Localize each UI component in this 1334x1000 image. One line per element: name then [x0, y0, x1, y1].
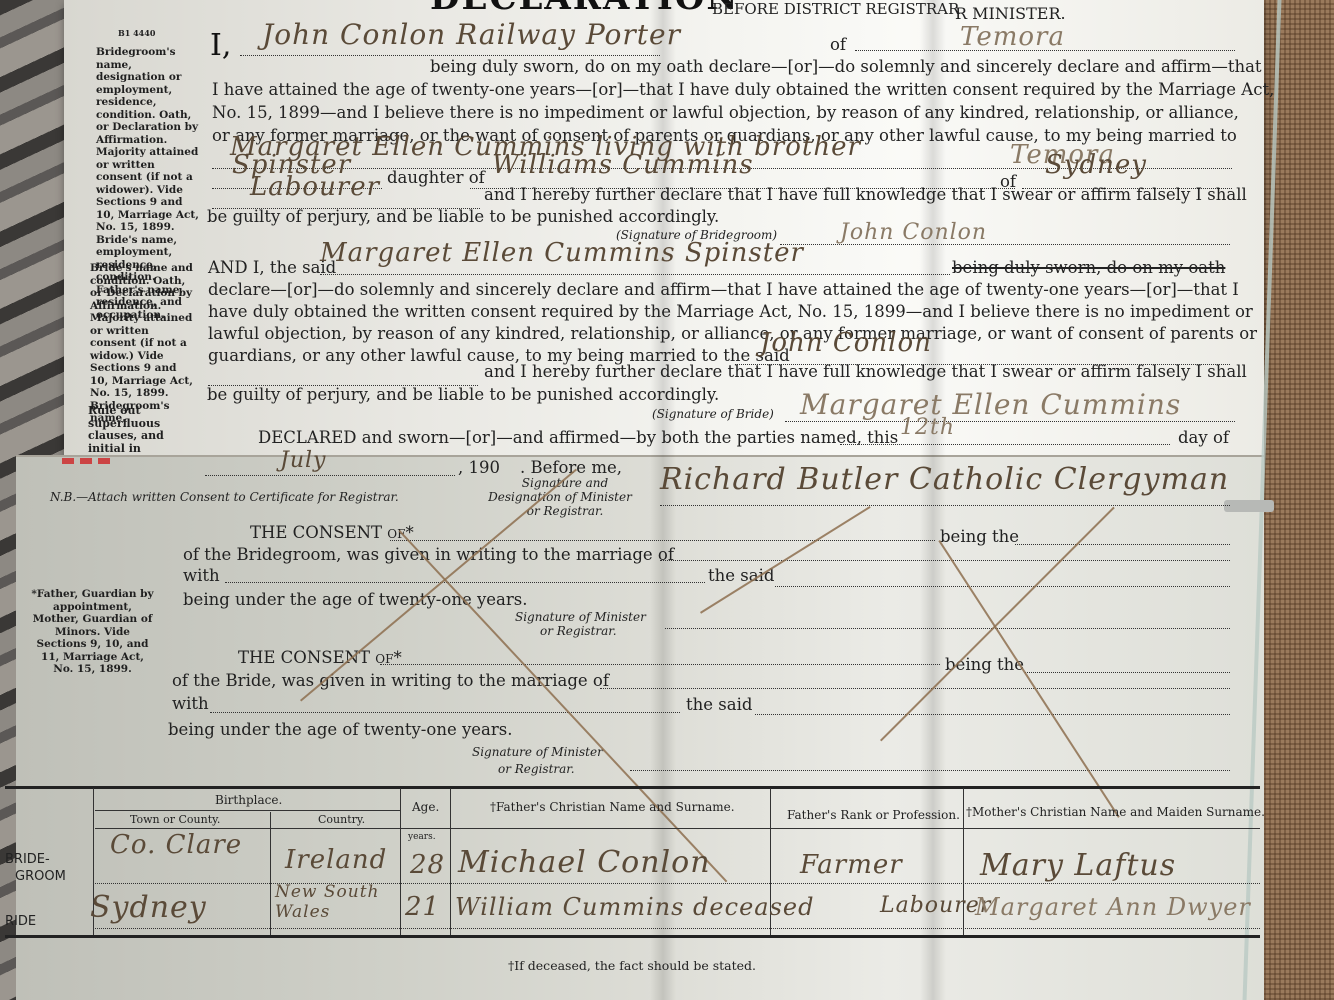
father-residence: Sydney	[1045, 150, 1147, 180]
bride-line4: have duly obtained the written consent r…	[208, 302, 1253, 321]
consent-bride-under-age: being under the age of twenty-one years.	[168, 720, 512, 739]
father-occupation: Labourer	[250, 172, 380, 202]
header-age: Age.	[412, 800, 439, 814]
form-code: B1 4440	[118, 28, 155, 38]
red-stamp-mark	[62, 458, 110, 464]
consent-groom-under-age: being under the age of twenty-one years.	[183, 590, 527, 609]
bride-signature: Margaret Ellen Cummins	[800, 388, 1181, 421]
cell-father-name: Michael Conlon	[458, 845, 711, 880]
margin-note-consent: *Father, Guardian by appointment, Mother…	[30, 588, 155, 676]
header-mother-name: †Mother's Christian Name and Maiden Surn…	[966, 805, 1265, 819]
consent-bride-with: with	[172, 694, 209, 713]
document-subtitle-right: R MINISTER.	[955, 4, 1066, 23]
nb-note: N.B.—Attach written Consent to Certifica…	[50, 490, 399, 504]
consent-bride-label: THE CONSENT of*	[238, 648, 402, 667]
consent-groom-the-said: the said	[708, 566, 774, 585]
header-birthplace: Birthplace.	[215, 793, 282, 807]
minister-signature: Richard Butler Catholic Clergyman	[660, 462, 1229, 497]
declared-text: DECLARED and sworn—[or]—and affirmed—by …	[258, 428, 898, 447]
groom-name-occupation: John Conlon Railway Porter	[262, 18, 681, 51]
cell-country: New South Wales	[275, 882, 395, 922]
groom-residence: Temora	[960, 22, 1065, 52]
father-name: Williams Cummins	[492, 150, 754, 180]
consent-groom-being-the: being the	[940, 527, 1019, 546]
consent-groom-sig-label-1: Signature of Minister	[515, 610, 646, 624]
cell-father-rank: Farmer	[800, 850, 903, 880]
cell-age: 21	[405, 892, 440, 922]
cell-age: 28	[410, 850, 445, 880]
day-of-label: day of	[1178, 428, 1229, 447]
cell-mother-name: Margaret Ann Dwyer	[975, 893, 1251, 921]
age-unit: years.	[408, 832, 436, 842]
consent-bride-the-said: the said	[686, 695, 752, 714]
groom-perjury-line: be guilty of perjury, and be liable to b…	[207, 207, 719, 226]
cell-country: Ireland	[285, 845, 387, 875]
cell-town: Co. Clare	[110, 830, 242, 860]
header-father-rank: Father's Rank or Profession.	[787, 808, 960, 822]
declared-year: , 190	[458, 458, 500, 477]
minister-sig-label-2: Designation of Minister	[470, 490, 650, 504]
groom-line3: I have attained the age of twenty-one ye…	[212, 80, 1274, 99]
declared-day: 12th	[900, 415, 955, 440]
consent-groom-sig-label-2: or Registrar.	[540, 624, 617, 638]
cell-town: Sydney	[90, 890, 207, 925]
row-label: BRIDE-	[5, 852, 50, 867]
consent-bride-sig-label-2: or Registrar.	[498, 762, 575, 776]
margin-note-rule-out: Rule out superfluous clauses, and initia…	[88, 405, 188, 455]
bride-perjury-line: be guilty of perjury, and be liable to b…	[207, 385, 719, 404]
of-label: of	[830, 35, 846, 54]
cell-mother-name: Mary Laftus	[980, 848, 1176, 883]
groom-knowledge-line: and I hereby further declare that I have…	[484, 185, 1247, 204]
table-footnote: †If deceased, the fact should be stated.	[508, 958, 756, 973]
header-father-name: †Father's Christian Name and Surname.	[490, 800, 735, 814]
paper-fold	[920, 0, 946, 1000]
bride-name-condition: Margaret Ellen Cummins Spinster	[320, 238, 804, 268]
bride-line2-end: being duly sworn, do on my oath	[952, 258, 1225, 277]
groom-signature: John Conlon	[840, 220, 987, 245]
row-label: GROOM	[15, 869, 66, 884]
bride-signature-label: (Signature of Bride)	[652, 407, 774, 421]
daughter-of-label: daughter of	[387, 168, 485, 187]
consent-groom-with: with	[183, 566, 220, 585]
bride-groom-name: John Conlon	[760, 328, 932, 358]
groom-line2: being duly sworn, do on my oath declare—…	[430, 57, 1262, 76]
frame-clip	[1224, 500, 1274, 512]
i-label: I,	[210, 28, 231, 63]
margin-note-bride: Bride's name and condition. Oath, or Dec…	[90, 262, 195, 425]
declared-month: July	[280, 448, 326, 473]
document-subtitle: BEFORE DISTRICT REGISTRAR	[712, 0, 959, 18]
consent-bride-sig-label-1: Signature of Minister	[472, 745, 603, 759]
bride-line3: declare—[or]—do solemnly and sincerely d…	[208, 280, 1239, 299]
bride-line5: lawful objection, by reason of any kindr…	[208, 324, 1257, 343]
bride-knowledge-line: and I hereby further declare that I have…	[484, 362, 1247, 381]
document-title: DECLARATION	[430, 0, 739, 18]
row-label: RIDE	[5, 914, 36, 929]
header-town: Town or County.	[130, 813, 220, 826]
groom-line4: No. 15, 1899—and I believe there is no i…	[212, 103, 1239, 122]
cell-father-name: William Cummins deceased	[455, 893, 814, 921]
header-country: Country.	[318, 813, 365, 826]
and-i-label: AND I, the said	[208, 258, 336, 277]
minister-sig-label-3: or Registrar.	[490, 504, 640, 518]
